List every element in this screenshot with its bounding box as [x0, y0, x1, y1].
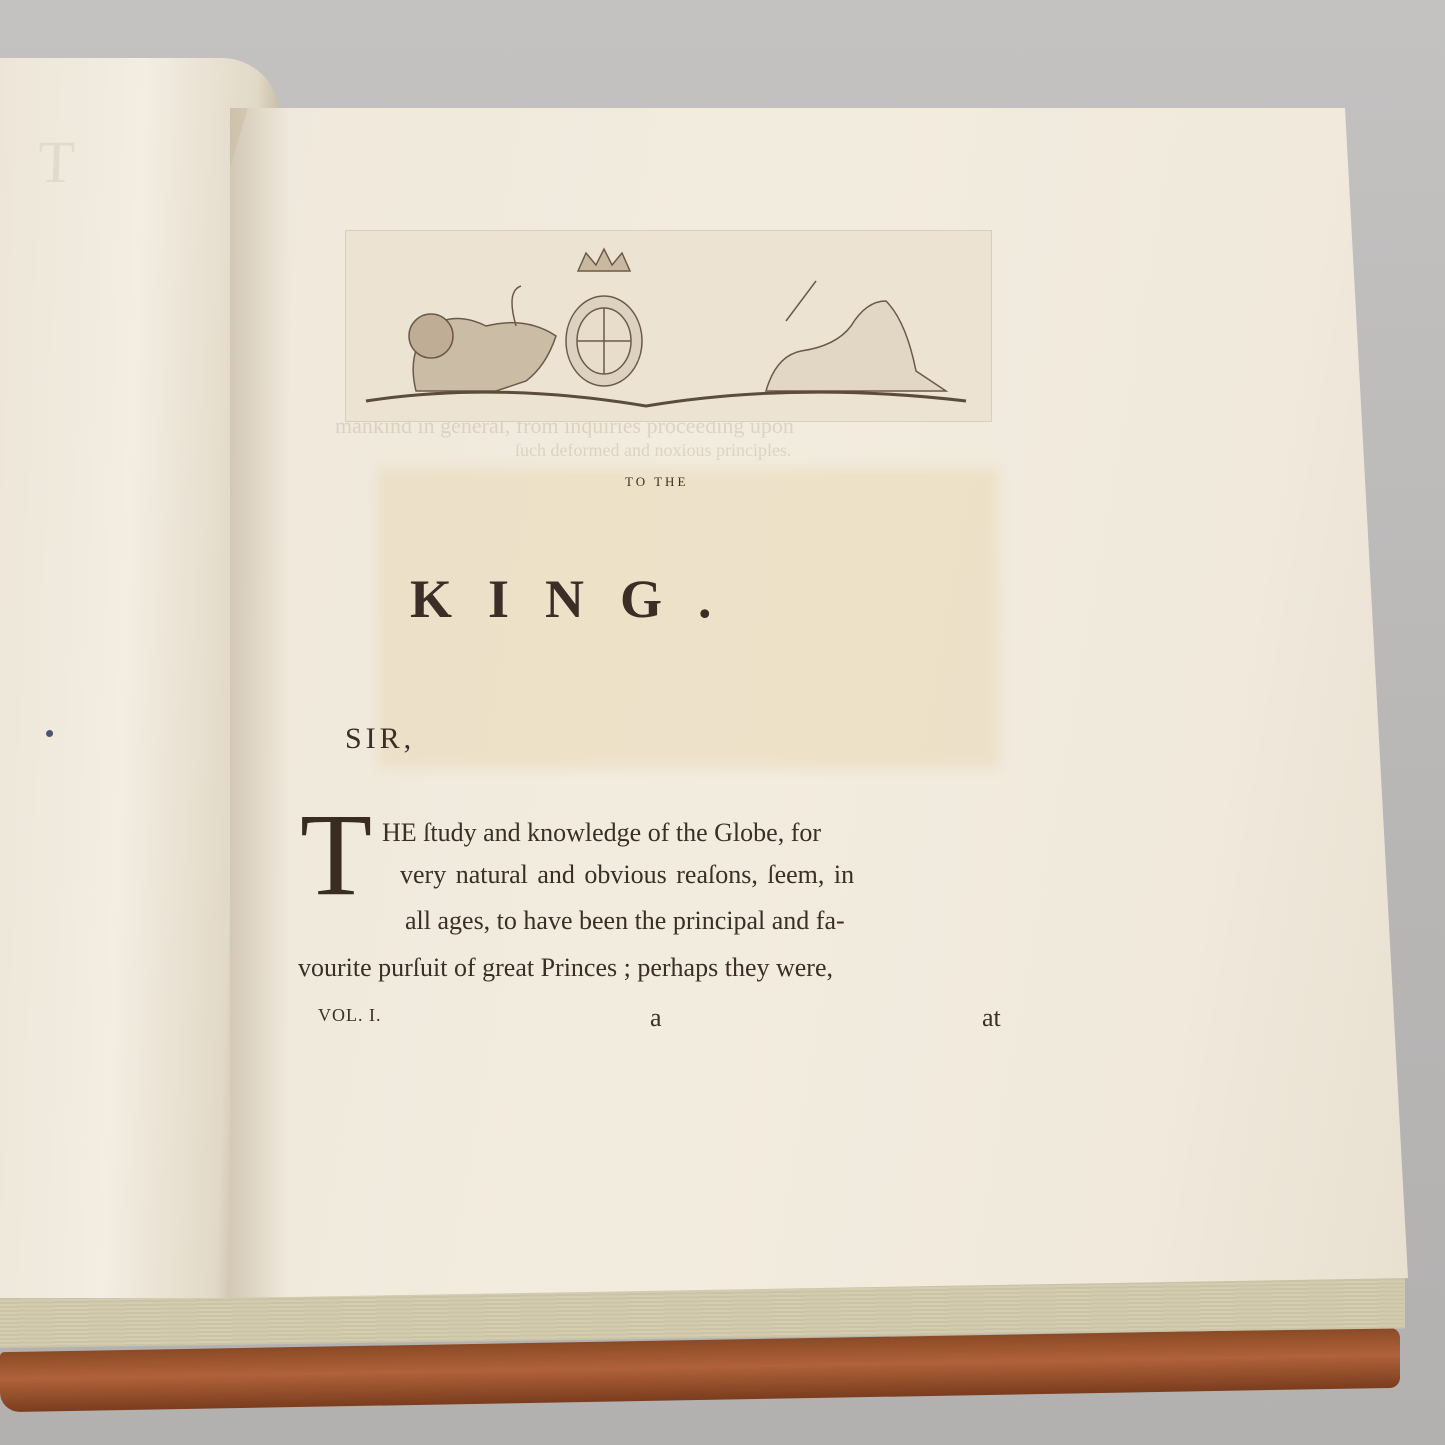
heading-to-the: TO THE	[625, 474, 688, 490]
catchword: at	[982, 1003, 1001, 1033]
heading-king: KING.	[410, 568, 748, 630]
coat-of-arms-engraving	[345, 230, 992, 422]
body-line: all ages, to have been the principal and…	[405, 908, 845, 934]
signature-mark: a	[650, 1003, 662, 1033]
salutation: SIR,	[345, 722, 415, 756]
body-line: very natural and obvious reaſons, ſeem, …	[400, 862, 854, 888]
ink-spot	[46, 730, 53, 737]
volume-label: VOL. I.	[318, 1005, 382, 1026]
bleed-through-line: ſuch deformed and noxious principles.	[515, 440, 791, 461]
left-page-ghost-letter: T	[37, 128, 76, 197]
royal-arms-icon	[346, 231, 991, 421]
drop-cap: T	[300, 800, 372, 910]
body-line: vourite purſuit of great Princes ; perha…	[298, 955, 833, 981]
body-line: HE ſtudy and knowledge of the Globe, for	[382, 820, 821, 846]
gutter-shadow	[230, 108, 290, 1298]
